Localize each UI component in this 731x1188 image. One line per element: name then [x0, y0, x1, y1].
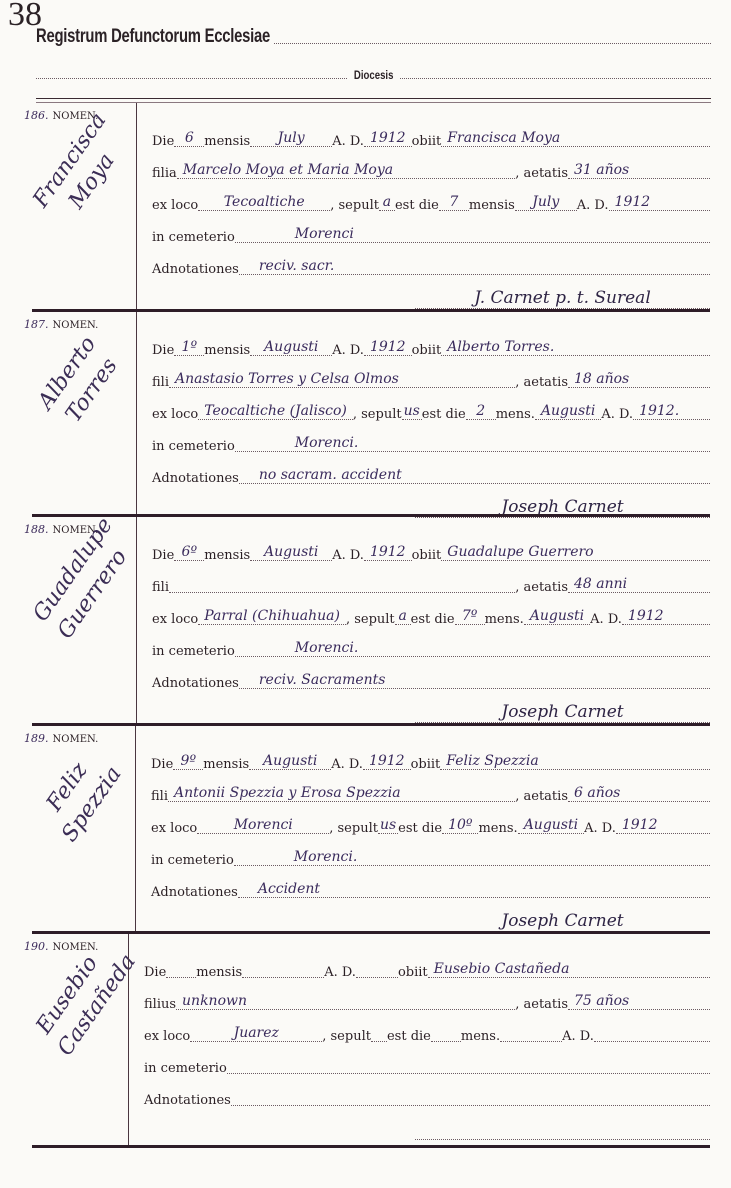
adnotationes-label: Adnotationes: [144, 1093, 231, 1108]
register-entry: 186.NOMEN. Francisca Moya Die 6 mensis J…: [20, 103, 710, 312]
burial-line: ex loco Tecoaltiche , sepult a est die 7…: [152, 181, 710, 213]
margin-name-handwritten: Alberto Torres: [27, 324, 134, 440]
burial-ad-label: A. D.: [601, 407, 633, 422]
parents-line: fili Antonii Spezzia y Erosa Spezzia , a…: [151, 772, 710, 804]
annotations-line: Adnotationes: [144, 1076, 710, 1108]
aetatis-label: , aetatis: [515, 997, 568, 1012]
burial-mens-label: mens.: [485, 612, 524, 627]
cemetery-value: Morenci.: [234, 849, 710, 866]
entry-divider-rule: [32, 1145, 710, 1148]
death-day-value: 9º: [173, 753, 203, 770]
in-cemeterio-label: in cemeterio: [152, 439, 235, 454]
ad-label: A. D.: [331, 757, 363, 772]
death-year-value: 1912: [364, 339, 412, 356]
ex-loco-label: ex loco: [152, 198, 198, 213]
fili-label: filius: [144, 997, 176, 1012]
burial-mens-label: mens.: [478, 821, 517, 836]
entry-fields: Die mensis A. D. obiit Eusebio Castañeda…: [144, 948, 710, 1142]
death-day-value: 6º: [174, 544, 204, 561]
die-label: Die: [151, 757, 173, 772]
ad-label: A. D.: [332, 134, 364, 149]
aetatis-label: , aetatis: [515, 166, 568, 181]
burial-mens-label: mensis: [469, 198, 515, 213]
origin-place-value: Tecoaltiche: [198, 194, 330, 211]
header-rule: [36, 98, 711, 99]
death-month-value: Augusti: [249, 753, 331, 770]
deceased-name-value: Alberto Torres.: [441, 339, 710, 356]
priest-signature: Joseph Carnet: [415, 702, 710, 723]
fili-label: fili: [152, 375, 169, 390]
margin-name-handwritten: Guadalupe Guerrero: [27, 529, 134, 645]
death-month-value: [242, 977, 324, 978]
death-month-value: Augusti: [250, 339, 332, 356]
death-date-line: Die 9º mensis Augusti A. D. 1912 obiit F…: [151, 740, 710, 772]
obiit-label: obiit: [412, 548, 442, 563]
burial-year-value: [594, 1041, 710, 1042]
column-divider: [136, 103, 137, 309]
signature-line: [144, 1108, 710, 1142]
burial-month-value: Augusti: [518, 817, 584, 834]
burial-day-value: 10º: [442, 817, 478, 834]
burial-ad-label: A. D.: [584, 821, 616, 836]
origin-place-value: Parral (Chihuahua): [198, 608, 346, 625]
parents-line: filia Marcelo Moya et Maria Moya , aetat…: [152, 149, 710, 181]
priest-signature: Joseph Carnet: [415, 911, 710, 932]
parents-value: [169, 592, 515, 593]
parents-value: Anastasio Torres y Celsa Olmos: [169, 371, 515, 388]
annotations-value: [231, 1105, 710, 1106]
est-die-label: est die: [398, 821, 442, 836]
death-date-line: Die 6 mensis July A. D. 1912 obiit Franc…: [152, 117, 710, 149]
death-year-value: 1912: [363, 753, 411, 770]
sepult-suffix-value: us: [378, 817, 398, 834]
parents-value: Antonii Spezzia y Erosa Spezzia: [168, 785, 515, 802]
ex-loco-label: ex loco: [152, 612, 198, 627]
burial-ad-label: A. D.: [590, 612, 622, 627]
obiit-label: obiit: [411, 757, 441, 772]
register-entry: 189.NOMEN. Feliz Spezzia Die 9º mensis A…: [20, 726, 710, 934]
register-entry: 187.NOMEN. Alberto Torres Die 1º mensis …: [20, 312, 710, 517]
die-label: Die: [152, 134, 174, 149]
ad-label: A. D.: [332, 548, 364, 563]
parents-value: Marcelo Moya et Maria Moya: [177, 162, 516, 179]
parents-line: fili Anastasio Torres y Celsa Olmos , ae…: [152, 358, 710, 390]
burial-ad-label: A. D.: [577, 198, 609, 213]
register-entry: 188.NOMEN. Guadalupe Guerrero Die 6º men…: [20, 517, 710, 726]
death-day-value: 1º: [174, 339, 204, 356]
origin-place-value: Morenci: [197, 817, 329, 834]
burial-day-value: [431, 1041, 461, 1042]
ad-label: A. D.: [324, 965, 356, 980]
burial-month-value: July: [515, 194, 577, 211]
burial-mens-label: mens.: [461, 1029, 500, 1044]
death-day-value: 6: [174, 130, 204, 147]
burial-line: ex loco Teocaltiche (Jalisco) , sepult u…: [152, 390, 710, 422]
diocese-blank: [36, 77, 347, 79]
margin-name-handwritten: Eusebio Castañeda: [27, 946, 134, 1062]
adnotationes-label: Adnotationes: [152, 676, 239, 691]
margin-name-handwritten: Francisca Moya: [27, 115, 134, 231]
aetatis-label: , aetatis: [515, 789, 568, 804]
burial-day-value: 7: [439, 194, 469, 211]
burial-line: ex loco Parral (Chihuahua) , sepult a es…: [152, 595, 710, 627]
burial-mens-label: mens.: [496, 407, 535, 422]
margin-name-handwritten: Feliz Spezzia: [27, 738, 134, 854]
column-divider: [136, 517, 137, 723]
burial-ad-label: A. D.: [562, 1029, 594, 1044]
in-cemeterio-label: in cemeterio: [144, 1061, 227, 1076]
deceased-name-value: Feliz Spezzia: [440, 753, 710, 770]
column-divider: [128, 934, 129, 1145]
burial-line: ex loco Morenci , sepult us est die 10º …: [151, 804, 710, 836]
burial-month-value: Augusti: [535, 403, 601, 420]
adnotationes-label: Adnotationes: [151, 885, 238, 900]
diocese-row: Diocesis: [36, 68, 711, 82]
cemetery-value: Morenci: [235, 226, 710, 243]
annotations-value: no sacram. accident: [239, 467, 710, 484]
die-label: Die: [144, 965, 166, 980]
annotations-line: Adnotationes reciv. Sacraments: [152, 659, 710, 691]
cemetery-line: in cemeterio Morenci.: [152, 422, 710, 454]
death-date-line: Die 6º mensis Augusti A. D. 1912 obiit G…: [152, 531, 710, 563]
entry-fields: Die 6º mensis Augusti A. D. 1912 obiit G…: [152, 531, 710, 725]
ex-loco-label: ex loco: [144, 1029, 190, 1044]
burial-year-value: 1912: [616, 817, 710, 834]
diocese-label: Diocesis: [352, 68, 395, 82]
death-year-value: [356, 977, 398, 978]
die-label: Die: [152, 548, 174, 563]
in-cemeterio-label: in cemeterio: [151, 853, 234, 868]
death-date-line: Die 1º mensis Augusti A. D. 1912 obiit A…: [152, 326, 710, 358]
signature-line: J. Carnet p. t. Sureal: [152, 277, 710, 311]
burial-month-value: [500, 1041, 562, 1042]
mensis-label: mensis: [204, 343, 250, 358]
cemetery-value: Morenci.: [235, 640, 710, 657]
burial-day-value: 7º: [455, 608, 485, 625]
sepult-suffix-value: a: [379, 194, 395, 211]
burial-year-value: 1912.: [633, 403, 710, 420]
annotations-line: Adnotationes no sacram. accident: [152, 454, 710, 486]
entry-fields: Die 9º mensis Augusti A. D. 1912 obiit F…: [151, 740, 710, 934]
register-title-text: Registrum Defunctorum Ecclesiae: [36, 26, 270, 48]
sepult-suffix-value: [371, 1041, 387, 1042]
entry-fields: Die 6 mensis July A. D. 1912 obiit Franc…: [152, 117, 710, 311]
aetatis-label: , aetatis: [515, 375, 568, 390]
cemetery-value: [227, 1073, 710, 1074]
obiit-label: obiit: [412, 343, 442, 358]
die-label: Die: [152, 343, 174, 358]
column-divider: [136, 312, 137, 514]
sepult-label: , sepult: [329, 821, 378, 836]
est-die-label: est die: [422, 407, 466, 422]
age-value: 18 años: [568, 371, 710, 388]
annotations-line: Adnotationes Accident: [151, 868, 710, 900]
sepult-label: , sepult: [353, 407, 402, 422]
ad-label: A. D.: [332, 343, 364, 358]
mensis-label: mensis: [196, 965, 242, 980]
adnotationes-label: Adnotationes: [152, 262, 239, 277]
age-value: 31 años: [568, 162, 710, 179]
entry-fields: Die 1º mensis Augusti A. D. 1912 obiit A…: [152, 326, 710, 520]
est-die-label: est die: [387, 1029, 431, 1044]
adnotationes-label: Adnotationes: [152, 471, 239, 486]
annotations-line: Adnotationes reciv. sacr.: [152, 245, 710, 277]
mensis-label: mensis: [203, 757, 249, 772]
sepult-suffix-value: us: [402, 403, 422, 420]
age-value: 6 años: [568, 785, 710, 802]
cemetery-line: in cemeterio Morenci.: [151, 836, 710, 868]
est-die-label: est die: [395, 198, 439, 213]
origin-place-value: Juarez: [190, 1025, 322, 1042]
parents-line: filius unknown , aetatis 75 años: [144, 980, 710, 1012]
parents-line: fili , aetatis 48 anni: [152, 563, 710, 595]
age-value: 75 años: [568, 993, 710, 1010]
priest-signature: [415, 1139, 710, 1140]
deceased-name-value: Eusebio Castañeda: [428, 961, 710, 978]
column-divider: [135, 726, 136, 931]
in-cemeterio-label: in cemeterio: [152, 230, 235, 245]
fili-label: fili: [152, 580, 169, 595]
burial-month-value: Augusti: [524, 608, 590, 625]
annotations-value: Accident: [238, 881, 710, 898]
diocese-blank-right: [400, 77, 711, 79]
fili-label: filia: [152, 166, 177, 181]
sepult-label: , sepult: [322, 1029, 371, 1044]
signature-line: Joseph Carnet: [151, 900, 710, 934]
ex-loco-label: ex loco: [151, 821, 197, 836]
church-name-blank: [274, 42, 711, 44]
death-day-value: [166, 977, 196, 978]
death-year-value: 1912: [364, 130, 412, 147]
death-year-value: 1912: [364, 544, 412, 561]
burial-day-value: 2: [466, 403, 496, 420]
sepult-label: , sepult: [346, 612, 395, 627]
cemetery-line: in cemeterio: [144, 1044, 710, 1076]
death-month-value: Augusti: [250, 544, 332, 561]
age-value: 48 anni: [568, 576, 710, 593]
register-title: Registrum Defunctorum Ecclesiae: [36, 26, 711, 48]
obiit-label: obiit: [412, 134, 442, 149]
annotations-value: reciv. Sacraments: [239, 672, 710, 689]
deceased-name-value: Francisca Moya: [441, 130, 710, 147]
aetatis-label: , aetatis: [515, 580, 568, 595]
obiit-label: obiit: [398, 965, 428, 980]
death-date-line: Die mensis A. D. obiit Eusebio Castañeda: [144, 948, 710, 980]
burial-year-value: 1912: [609, 194, 710, 211]
annotations-value: reciv. sacr.: [239, 258, 710, 275]
est-die-label: est die: [411, 612, 455, 627]
cemetery-value: Morenci.: [235, 435, 710, 452]
cemetery-line: in cemeterio Morenci.: [152, 627, 710, 659]
deceased-name-value: Guadalupe Guerrero: [441, 544, 710, 561]
priest-signature: J. Carnet p. t. Sureal: [415, 288, 710, 309]
sepult-suffix-value: a: [395, 608, 411, 625]
parents-value: unknown: [176, 993, 515, 1010]
sepult-label: , sepult: [330, 198, 379, 213]
mensis-label: mensis: [204, 134, 250, 149]
ex-loco-label: ex loco: [152, 407, 198, 422]
fili-label: fili: [151, 789, 168, 804]
cemetery-line: in cemeterio Morenci: [152, 213, 710, 245]
in-cemeterio-label: in cemeterio: [152, 644, 235, 659]
register-entry: 190.NOMEN. Eusebio Castañeda Die mensis …: [20, 934, 710, 1148]
origin-place-value: Teocaltiche (Jalisco): [198, 403, 353, 420]
signature-line: Joseph Carnet: [152, 691, 710, 725]
burial-line: ex loco Juarez , sepult est die mens. A.…: [144, 1012, 710, 1044]
burial-year-value: 1912: [622, 608, 710, 625]
death-month-value: July: [250, 130, 332, 147]
mensis-label: mensis: [204, 548, 250, 563]
